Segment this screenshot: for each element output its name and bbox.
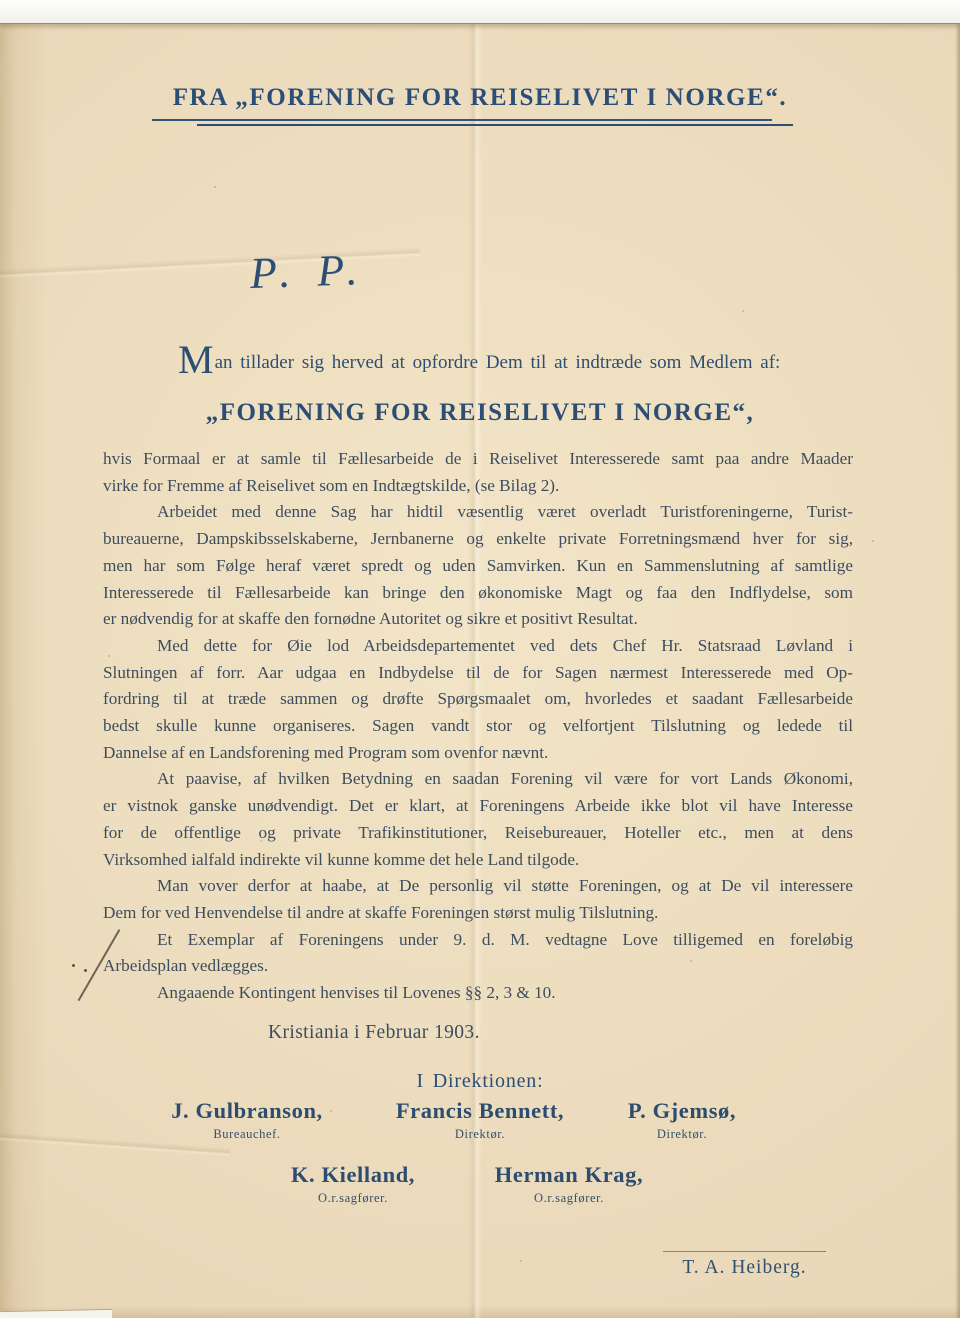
- body-line: bureauerne, Dampskibsselskaberne, Jernba…: [103, 526, 853, 553]
- body-line: men har som Følge heraf været spredt og …: [103, 553, 853, 580]
- recipient-name: T. A. Heiberg.: [663, 1257, 826, 1279]
- body-line: Slutningen af forr. Aar udgaa en Indbyde…: [103, 660, 853, 687]
- margin-mark-dot: [72, 964, 75, 967]
- signatory-name: Herman Krag,: [489, 1162, 649, 1188]
- signatory-name: K. Kielland,: [273, 1162, 433, 1188]
- association-name-title: „FORENING FOR REISELIVET I NORGE“,: [0, 399, 960, 427]
- signature-kielland: K. Kielland, O.r.sagfører.: [273, 1162, 433, 1206]
- signatory-role: Direktør.: [597, 1127, 767, 1142]
- scanner-edge: [0, 0, 960, 24]
- body-line: Et Exemplar af Foreningens under 9. d. M…: [103, 927, 853, 954]
- salutation-text: an tillader sig herved at opfordre Dem t…: [215, 352, 781, 373]
- margin-mark-slash: [78, 929, 120, 1001]
- body-line: er nødvendig for at skaffe den fornødne …: [103, 606, 853, 633]
- direction-heading: I Direktionen:: [0, 1070, 960, 1093]
- letter-body: hvis Formaal er at samle til Fællesarbei…: [103, 446, 853, 1007]
- signature-gulbranson: J. Gulbranson, Bureauchef.: [167, 1098, 327, 1142]
- signatory-role: O.r.sagfører.: [273, 1191, 433, 1206]
- salutation-line: Man tillader sig herved at opfordre Dem …: [178, 350, 800, 374]
- scanned-letter-page: FRA „FORENING FOR REISELIVET I NORGE“. P…: [0, 0, 960, 1318]
- signatory-role: Bureauchef.: [167, 1127, 327, 1142]
- recipient-rule: [663, 1251, 826, 1252]
- body-line: for de offentlige og private Trafikinsti…: [103, 820, 853, 847]
- body-line: fordring til at træde sammen og drøfte S…: [103, 686, 853, 713]
- signatory-name: Francis Bennett,: [394, 1098, 566, 1124]
- body-line: virke for Fremme af Reiselivet som en In…: [103, 473, 853, 500]
- signature-krag: Herman Krag, O.r.sagfører.: [489, 1162, 649, 1206]
- signatory-role: Direktør.: [394, 1127, 566, 1142]
- body-line: Man vover derfor at haabe, at De personl…: [103, 873, 853, 900]
- body-line: At paavise, af hvilken Betydning en saad…: [103, 766, 853, 793]
- signatory-role: O.r.sagfører.: [489, 1191, 649, 1206]
- body-line: Arbeidet med denne Sag har hidtil væsent…: [103, 499, 853, 526]
- handwritten-margin-mark: [58, 922, 148, 1007]
- drop-cap-initial: M: [178, 337, 215, 382]
- body-line: Virksomhed ialfald indirekte vil kunne k…: [103, 847, 853, 874]
- body-line: Interesserede til Fællesarbeide kan brin…: [103, 580, 853, 607]
- body-line: hvis Formaal er at samle til Fællesarbei…: [103, 446, 853, 473]
- signatory-name: J. Gulbranson,: [167, 1098, 327, 1124]
- signature-gjemso: P. Gjemsø, Direktør.: [597, 1098, 767, 1142]
- body-line: Dannelse af en Landsforening med Program…: [103, 740, 853, 767]
- body-line: er vistnok ganske unødvendigt. Det er kl…: [103, 793, 853, 820]
- pp-script-mark: P. P.: [249, 244, 366, 299]
- margin-mark-dot: [84, 969, 87, 972]
- body-line: Med dette for Øie lod Arbeidsdepartement…: [103, 633, 853, 660]
- masthead-title: FRA „FORENING FOR REISELIVET I NORGE“.: [0, 84, 960, 112]
- masthead-underline-thin: [152, 119, 772, 121]
- dateline: Kristiania i Februar 1903.: [268, 1022, 480, 1044]
- masthead-underline-thick: [197, 124, 793, 126]
- body-line: Angaaende Kontingent henvises til Lovene…: [103, 980, 853, 1007]
- signature-bennett: Francis Bennett, Direktør.: [394, 1098, 566, 1142]
- body-line: Dem for ved Henvendelse til andre at ska…: [103, 900, 853, 927]
- body-line: bedst skulle kunne organiseres. Sagen va…: [103, 713, 853, 740]
- signatory-name: P. Gjemsø,: [597, 1098, 767, 1124]
- bottom-paper-sliver: [0, 1309, 112, 1318]
- body-line: Arbeidsplan vedlægges.: [103, 953, 853, 980]
